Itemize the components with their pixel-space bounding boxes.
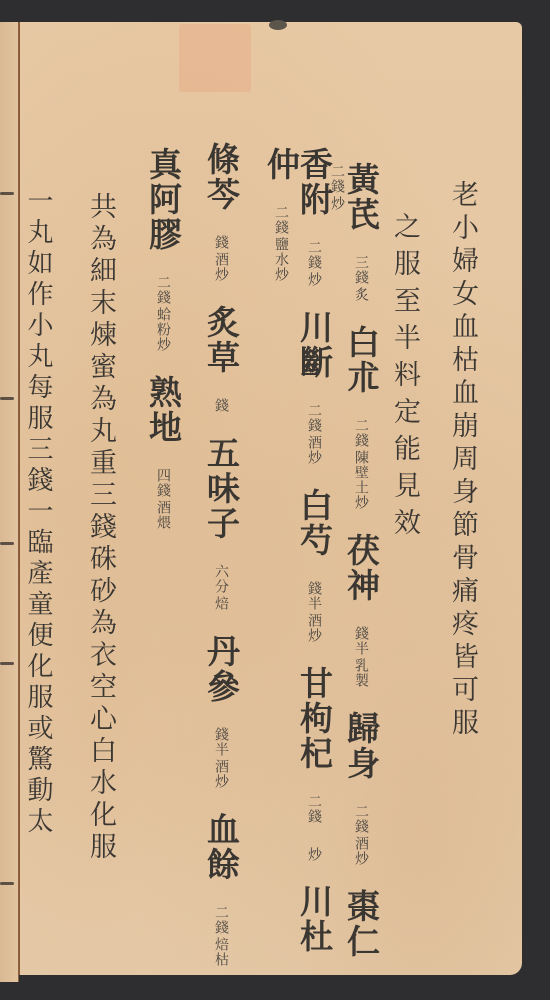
- ink-fragment: [0, 882, 14, 885]
- text-column-4: 香附 二錢炒 川斷 二錢酒炒 白芍 錢半酒炒 甘枸杞 二錢 炒 川杜仲 二錢鹽水…: [265, 147, 331, 975]
- herb-name: 茯神: [342, 533, 381, 603]
- herb-name: 真阿膠: [144, 147, 183, 252]
- herb-name: 歸身: [342, 711, 381, 781]
- herb-name: 黃芪: [342, 162, 381, 232]
- text-column-8: 一丸如作小丸每服三錢一臨產童便化服或驚動太: [25, 187, 51, 838]
- ink-fragment: [0, 192, 14, 195]
- manuscript-page: 老小婦女血枯血崩周身節骨痛疼皆可服 之服至半料定能見效 黃芪 三錢炙 白朮 二錢…: [19, 22, 522, 975]
- faded-seal-stamp: [179, 24, 251, 92]
- adjacent-left-page: [0, 22, 19, 982]
- herb-name: 五味子: [202, 436, 241, 541]
- herb-name: 炙草: [202, 305, 241, 375]
- text-column-7: 共為細末煉蜜為丸重三錢硃砂為衣空心白水化服: [87, 192, 114, 864]
- text-column-1: 老小婦女血枯血崩周身節骨痛疼皆可服: [449, 180, 476, 741]
- herb-name: 白芍: [295, 488, 334, 558]
- herb-name: 甘枸杞: [295, 666, 334, 771]
- herb-name: 川斷: [295, 310, 334, 380]
- text-column-5: 條芩 錢酒炒 炙草 錢 五味子 六分焙 丹參 錢半酒炒 血餘 二錢焙枯: [205, 142, 238, 969]
- text-column-3: 黃芪 三錢炙 白朮 二錢陳壁土炒 茯神 錢半乳製 歸身 二錢酒炒 棗仁 二錢炒: [329, 162, 378, 975]
- ink-fragment: [0, 397, 14, 400]
- herb-name: 棗仁: [342, 889, 381, 959]
- herb-name: 熟地: [144, 375, 183, 445]
- herb-name: 血餘: [202, 812, 241, 882]
- ink-blot: [269, 20, 287, 30]
- herb-name: 白朮: [342, 325, 381, 395]
- text-column-2: 之服至半料定能見效: [391, 212, 418, 545]
- herb-name: 丹參: [202, 634, 241, 704]
- text-column-6: 真阿膠 二錢蛤粉炒 熟地 四錢酒煨: [147, 147, 180, 532]
- ink-fragment: [0, 542, 14, 545]
- ink-fragment: [0, 662, 14, 665]
- herb-name: 條芩: [202, 142, 241, 212]
